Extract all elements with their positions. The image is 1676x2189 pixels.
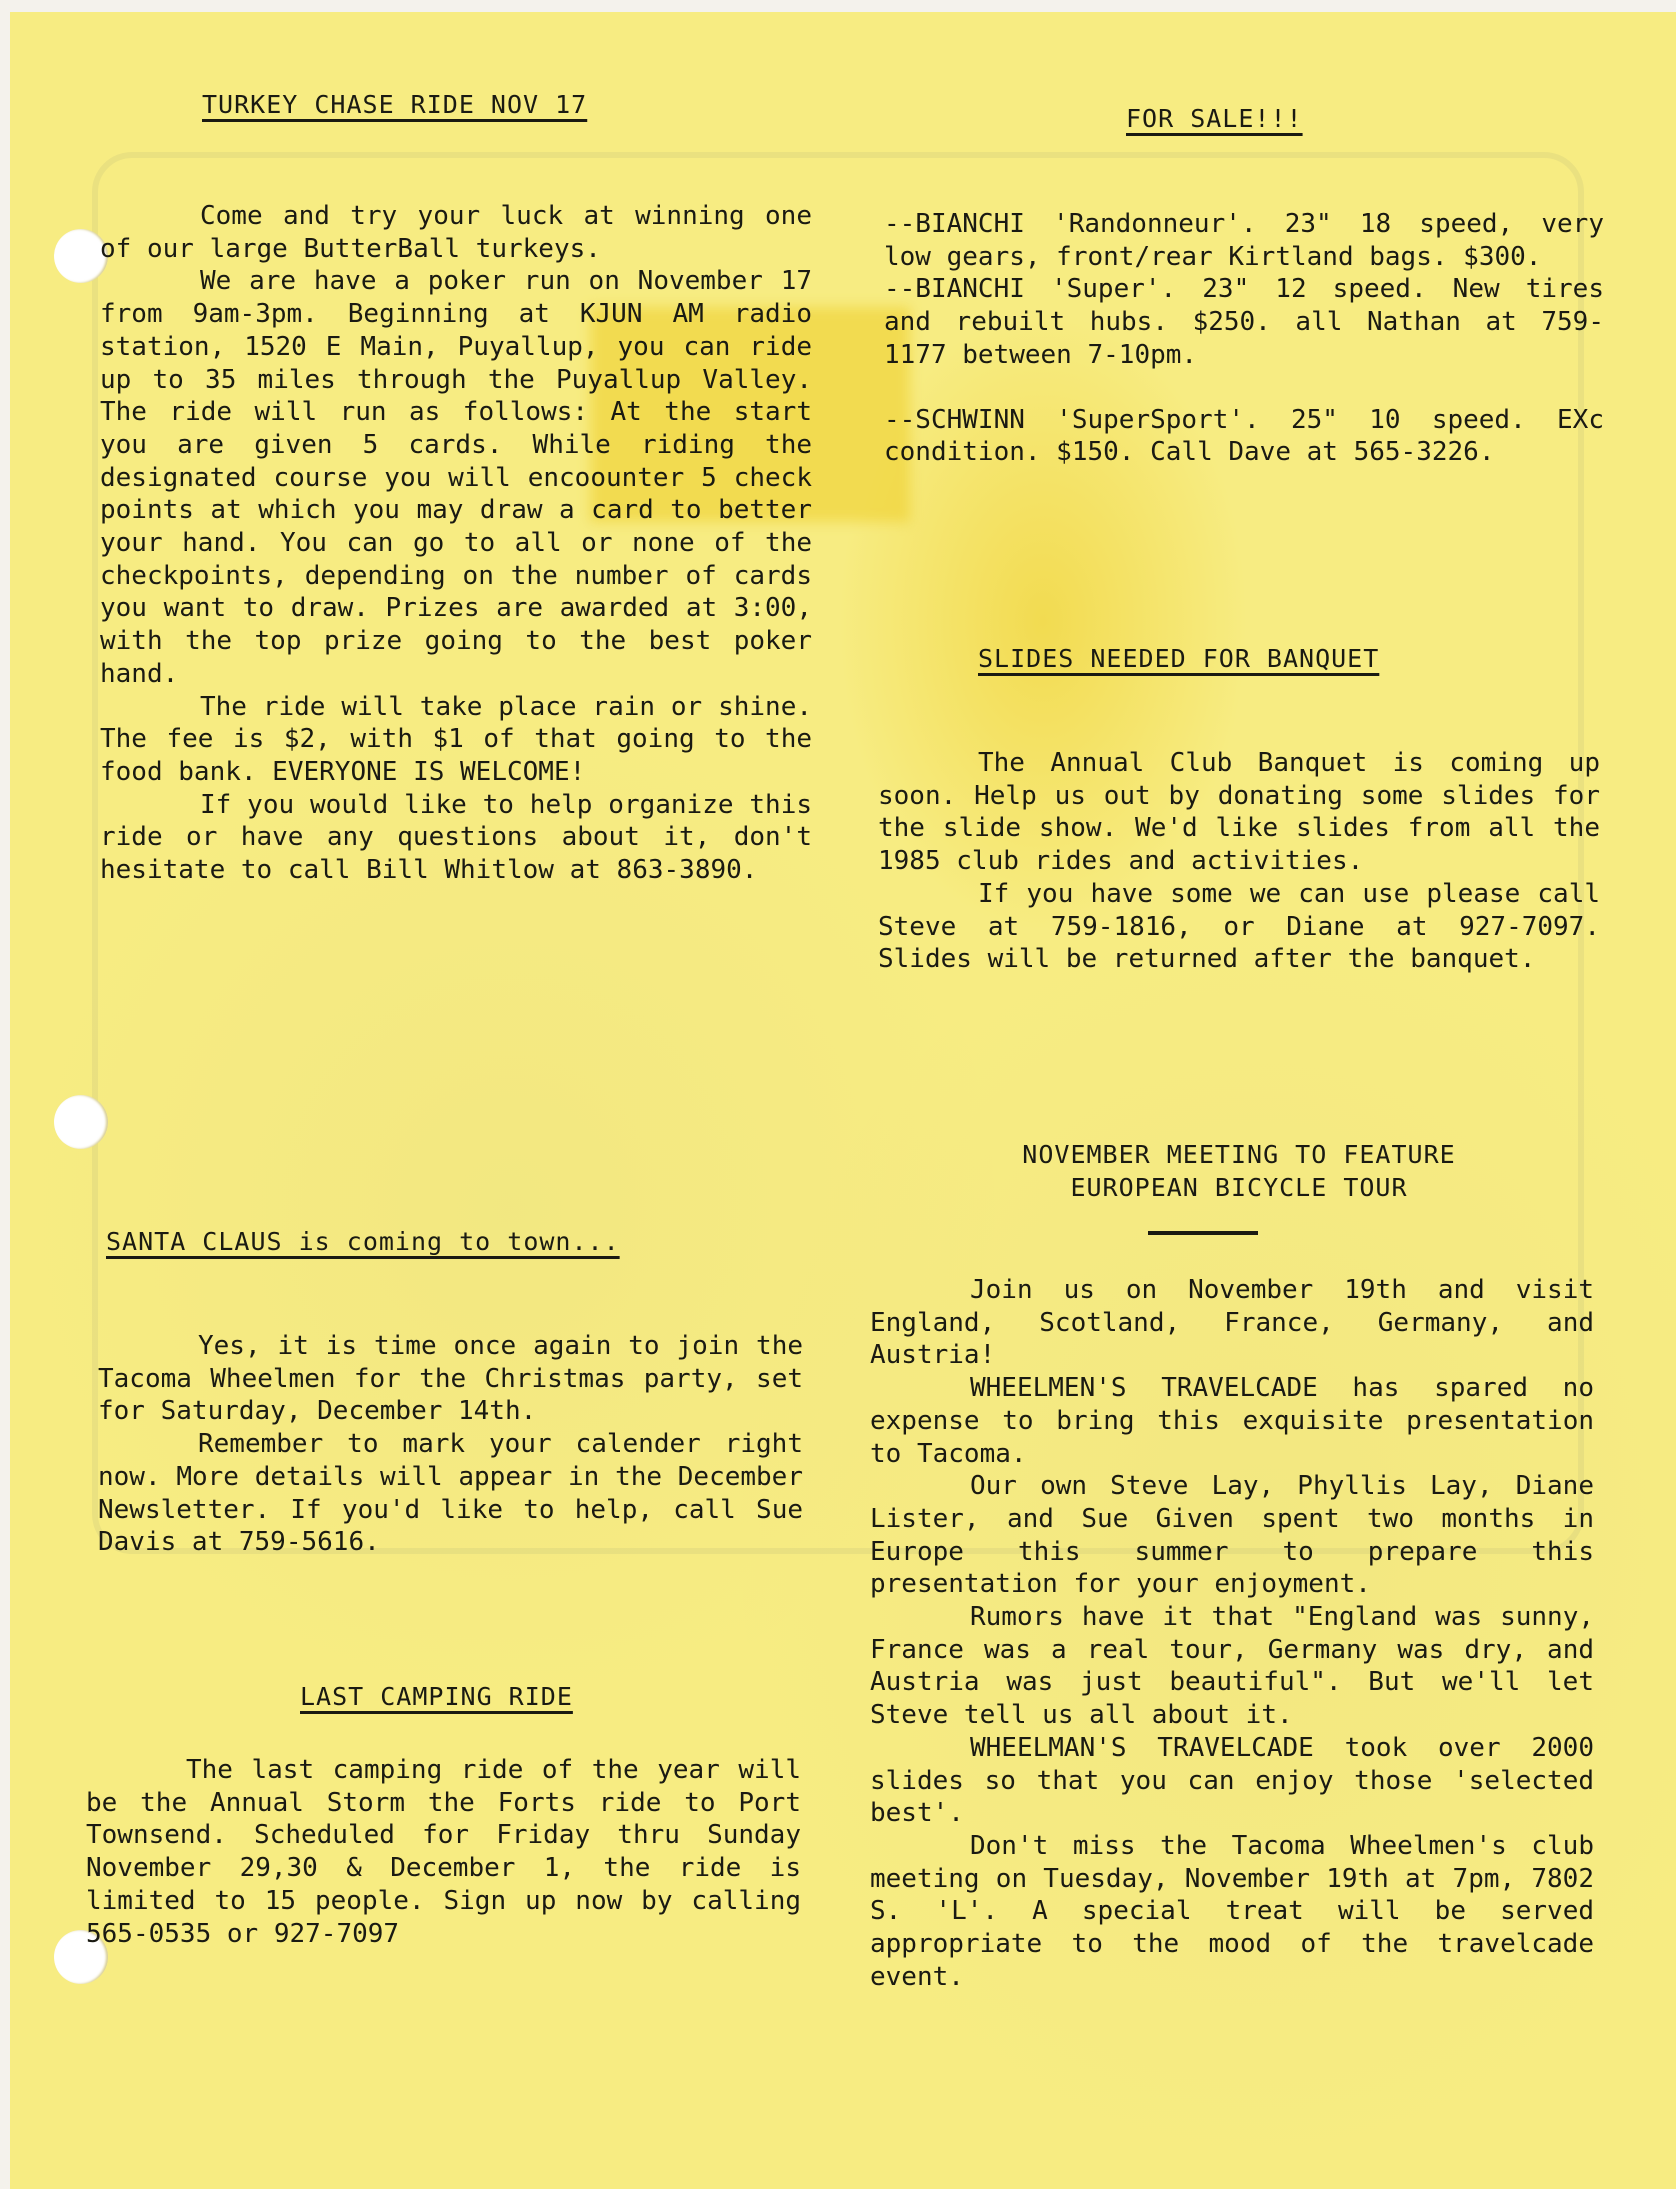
heading-santa-claus: SANTA CLAUS is coming to town... [106,1227,620,1256]
paragraph: Come and try your luck at winning one of… [100,200,812,265]
article-november-meeting: Join us on November 19th and visit Engla… [870,1274,1594,1993]
punch-hole-icon [54,1095,108,1149]
for-sale-list: --BIANCHI 'Randonneur'. 23" 18 speed, ve… [884,208,1604,469]
paragraph: Our own Steve Lay, Phyllis Lay, Diane Li… [870,1470,1594,1601]
article-santa-claus: Yes, it is time once again to join the T… [98,1330,803,1559]
article-last-camping: The last camping ride of the year will b… [86,1754,801,1950]
heading-november-meeting-line2: EUROPEAN BICYCLE TOUR [878,1173,1600,1202]
paragraph: The ride will take place rain or shine. … [100,691,812,789]
article-turkey-chase: Come and try your luck at winning one of… [100,200,812,887]
paragraph: The Annual Club Banquet is coming up soo… [878,747,1600,878]
paragraph: WHEELMEN'S TRAVELCADE has spared no expe… [870,1372,1594,1470]
list-item: --BIANCHI 'Super'. 23" 12 speed. New tir… [884,273,1604,371]
paragraph: Don't miss the Tacoma Wheelmen's club me… [870,1830,1594,1994]
paragraph: If you would like to help organize this … [100,789,812,887]
list-item: --SCHWINN 'SuperSport'. 25" 10 speed. EX… [884,404,1604,469]
paragraph: WHEELMAN'S TRAVELCADE took over 2000 sli… [870,1732,1594,1830]
article-slides-needed: The Annual Club Banquet is coming up soo… [878,747,1600,976]
paragraph: We are have a poker run on November 17 f… [100,265,812,690]
heading-november-meeting-line1: NOVEMBER MEETING TO FEATURE [878,1140,1600,1169]
paragraph: If you have some we can use please call … [878,878,1600,976]
heading-turkey-chase: TURKEY CHASE RIDE NOV 17 [202,90,587,119]
newsletter-page: TURKEY CHASE RIDE NOV 17 Come and try yo… [10,12,1676,2189]
paragraph: Rumors have it that "England was sunny, … [870,1601,1594,1732]
paragraph: Remember to mark your calender right now… [98,1428,803,1559]
paragraph: The last camping ride of the year will b… [86,1754,801,1950]
paragraph: Join us on November 19th and visit Engla… [870,1274,1594,1372]
heading-for-sale: FOR SALE!!! [1126,104,1303,133]
list-item: --BIANCHI 'Randonneur'. 23" 18 speed, ve… [884,208,1604,273]
section-divider [1148,1231,1258,1235]
heading-last-camping: LAST CAMPING RIDE [300,1682,573,1711]
heading-slides-needed: SLIDES NEEDED FOR BANQUET [978,644,1379,673]
paragraph: Yes, it is time once again to join the T… [98,1330,803,1428]
